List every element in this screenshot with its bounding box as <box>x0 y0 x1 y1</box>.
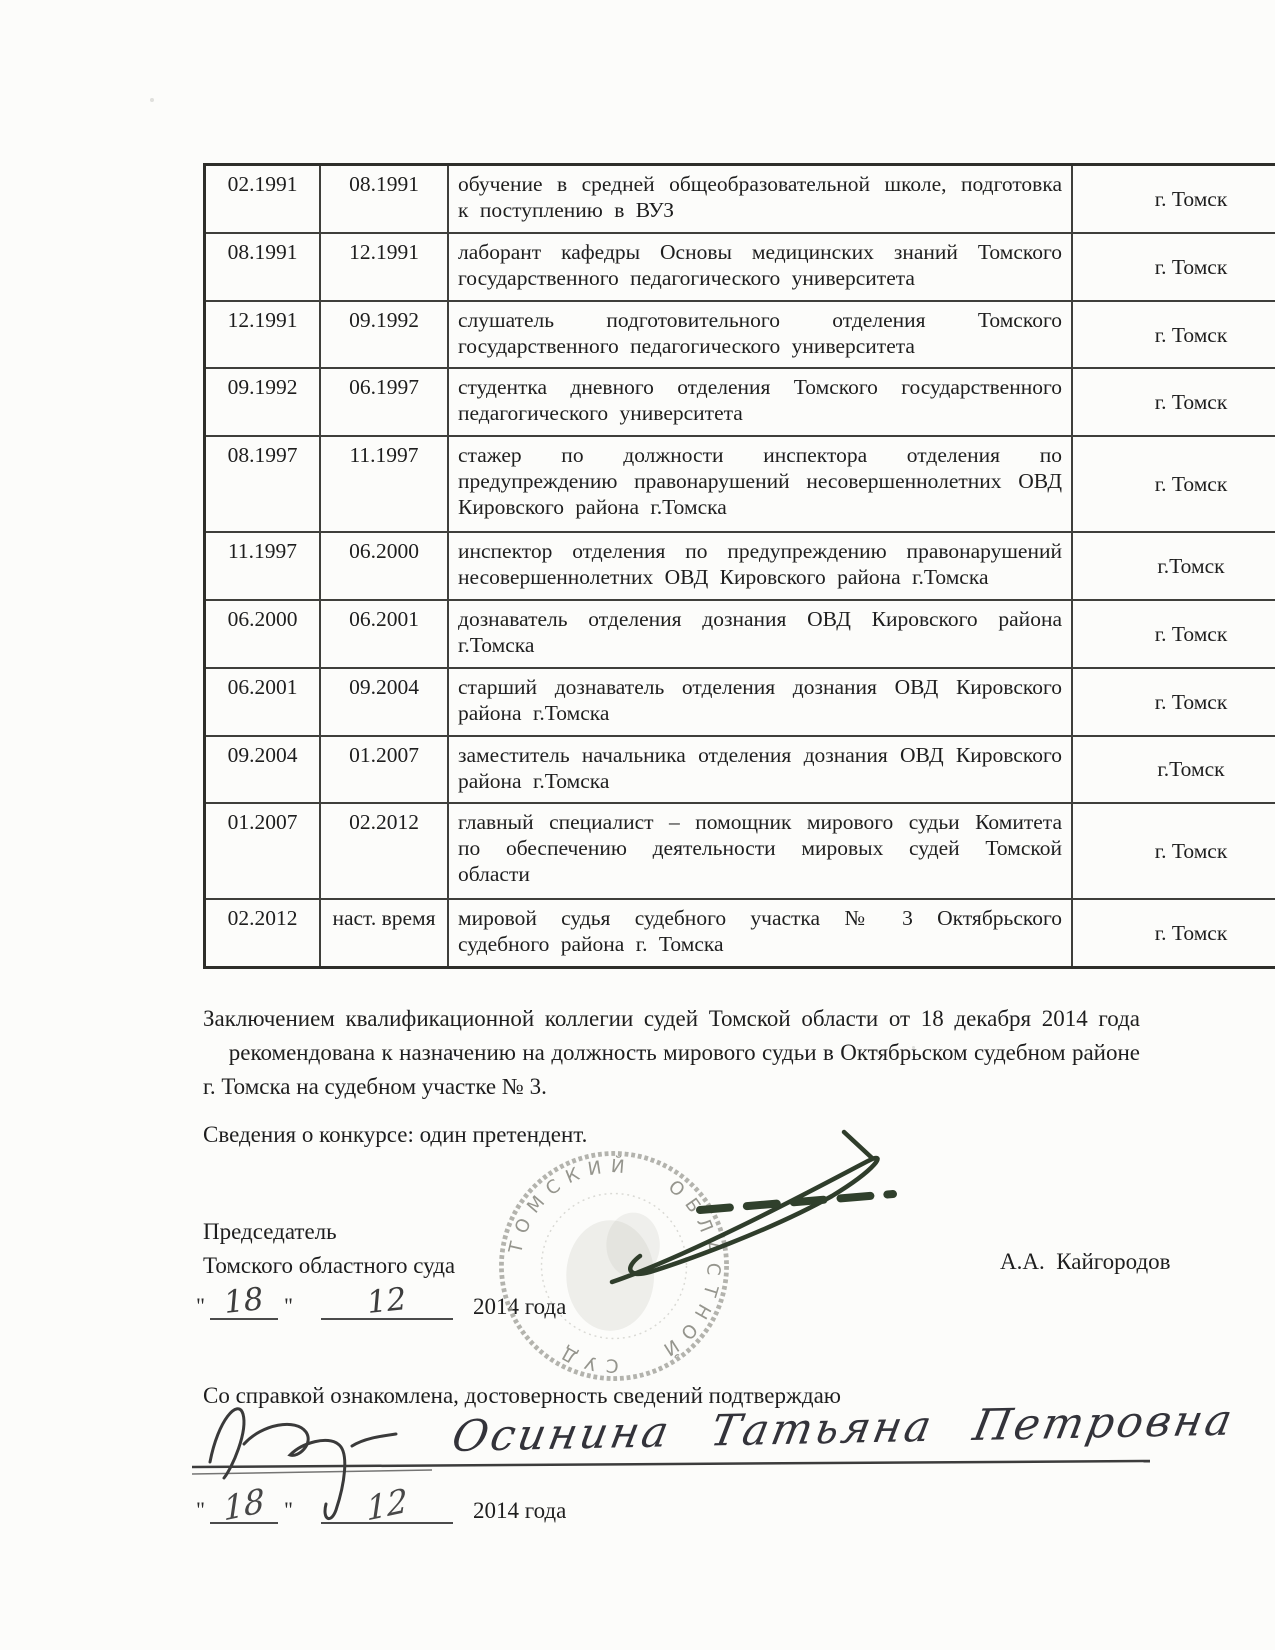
court-stamp: ТОМСКИЙ ОБЛАСТНОЙ СУД <box>490 1142 738 1390</box>
stamp-emblem-smudge <box>606 1213 659 1278</box>
quote-mark: " <box>284 1294 293 1318</box>
cell-date-to: 11.1997 <box>320 436 448 532</box>
cell-position: стажер по должности инспектора отделения… <box>448 436 1072 532</box>
handwritten-day: 18 <box>223 1483 265 1526</box>
table-row: 06.2000 06.2001 дознаватель отделения до… <box>205 600 1275 668</box>
cell-date-to: 06.2000 <box>320 532 448 600</box>
cell-location: г.Томск <box>1072 736 1275 804</box>
cell-date-to: 09.2004 <box>320 668 448 736</box>
date-year: 2014 года <box>473 1498 566 1524</box>
chairman-title-line1: Председатель <box>203 1215 455 1249</box>
cell-date-to: 06.1997 <box>320 368 448 436</box>
acknowledgement-signature <box>210 1409 244 1478</box>
cell-location: г.Томск <box>1072 532 1275 600</box>
cell-location: г. Томск <box>1072 899 1275 967</box>
cell-date-from: 01.2007 <box>205 803 321 899</box>
cell-location: г. Томск <box>1072 368 1275 436</box>
cell-date-from: 11.1997 <box>205 532 321 600</box>
cell-date-from: 02.1991 <box>205 165 321 233</box>
handwritten-day: 18 <box>223 1282 266 1320</box>
cell-date-from: 06.2001 <box>205 668 321 736</box>
cell-position: слушатель подготовительного отделения То… <box>448 301 1072 369</box>
table-row: 11.1997 06.2000 инспектор отделения по п… <box>205 532 1275 600</box>
cell-location: г. Томск <box>1072 668 1275 736</box>
cell-date-from: 06.2000 <box>205 600 321 668</box>
quote-mark: " <box>284 1498 293 1522</box>
month-underline: 12 <box>321 1284 453 1320</box>
cell-position: обучение в средней общеобразовательной ш… <box>448 165 1072 233</box>
acknowledgement-date-line: " 18 " 12 2014 года <box>196 1478 566 1524</box>
cell-date-from: 08.1991 <box>205 233 321 301</box>
chairman-title: Председатель Томского областного суда <box>203 1215 455 1283</box>
cell-position: инспектор отделения по предупреждению пр… <box>448 532 1072 600</box>
handwritten-month: 12 <box>366 1483 408 1526</box>
cell-location: г. Томск <box>1072 165 1275 233</box>
name-underline <box>192 1461 1150 1467</box>
cell-position: дознаватель отделения дознания ОВД Киров… <box>448 600 1072 668</box>
name-underline <box>192 1470 432 1474</box>
table-row: 02.1991 08.1991 обучение в средней общео… <box>205 165 1275 233</box>
cell-location: г. Томск <box>1072 436 1275 532</box>
handwritten-month: 12 <box>366 1282 409 1320</box>
cell-date-to: 01.2007 <box>320 736 448 804</box>
acknowledgement-signature <box>352 1434 396 1446</box>
month-underline: 12 <box>321 1488 453 1524</box>
cell-date-from: 12.1991 <box>205 301 321 369</box>
cell-date-from: 09.2004 <box>205 736 321 804</box>
cell-date-to: 06.2001 <box>320 600 448 668</box>
cell-position: старший дознаватель отделения дознания О… <box>448 668 1072 736</box>
cell-location: г. Томск <box>1072 301 1275 369</box>
day-underline: 18 <box>210 1284 278 1320</box>
cell-date-to: 12.1991 <box>320 233 448 301</box>
cell-date-to: 02.2012 <box>320 803 448 899</box>
chairman-name: А.А. Кайгородов <box>1000 1249 1171 1275</box>
career-history-table: 02.1991 08.1991 обучение в средней общео… <box>203 163 1275 969</box>
cell-position: студентка дневного отделения Томского го… <box>448 368 1072 436</box>
scan-speckle <box>240 690 243 693</box>
table-row: 09.1992 06.1997 студентка дневного отдел… <box>205 368 1275 436</box>
table-row: 01.2007 02.2012 главный специалист – пом… <box>205 803 1275 899</box>
cell-date-from: 09.1992 <box>205 368 321 436</box>
cell-date-to: 08.1991 <box>320 165 448 233</box>
cell-position: лаборант кафедры Основы медицинских знан… <box>448 233 1072 301</box>
cell-location: г. Томск <box>1072 600 1275 668</box>
cell-date-to: 09.1992 <box>320 301 448 369</box>
table-row: 06.2001 09.2004 старший дознаватель отде… <box>205 668 1275 736</box>
cell-date-from: 02.2012 <box>205 899 321 967</box>
conclusion-paragraph: Заключением квалификационной коллегии су… <box>203 1002 1140 1104</box>
quote-mark: " <box>196 1294 205 1318</box>
table-row: 02.2012 наст. время мировой судья судебн… <box>205 899 1275 967</box>
cell-position: мировой судья судебного участка № 3 Октя… <box>448 899 1072 967</box>
scan-speckle <box>150 98 154 102</box>
cell-date-from: 08.1997 <box>205 436 321 532</box>
cell-location: г. Томск <box>1072 233 1275 301</box>
cell-position: главный специалист – помощник мирового с… <box>448 803 1072 899</box>
table-row: 12.1991 09.1992 слушатель подготовительн… <box>205 301 1275 369</box>
quote-mark: " <box>196 1498 205 1522</box>
day-underline: 18 <box>210 1488 278 1524</box>
cell-position: заместитель начальника отделения дознани… <box>448 736 1072 804</box>
cell-date-to: наст. время <box>320 899 448 967</box>
table-row: 08.1997 11.1997 стажер по должности инсп… <box>205 436 1275 532</box>
scan-speckle <box>912 1046 915 1049</box>
cell-location: г. Томск <box>1072 803 1275 899</box>
table-row: 09.2004 01.2007 заместитель начальника о… <box>205 736 1275 804</box>
table-row: 08.1991 12.1991 лаборант кафедры Основы … <box>205 233 1275 301</box>
